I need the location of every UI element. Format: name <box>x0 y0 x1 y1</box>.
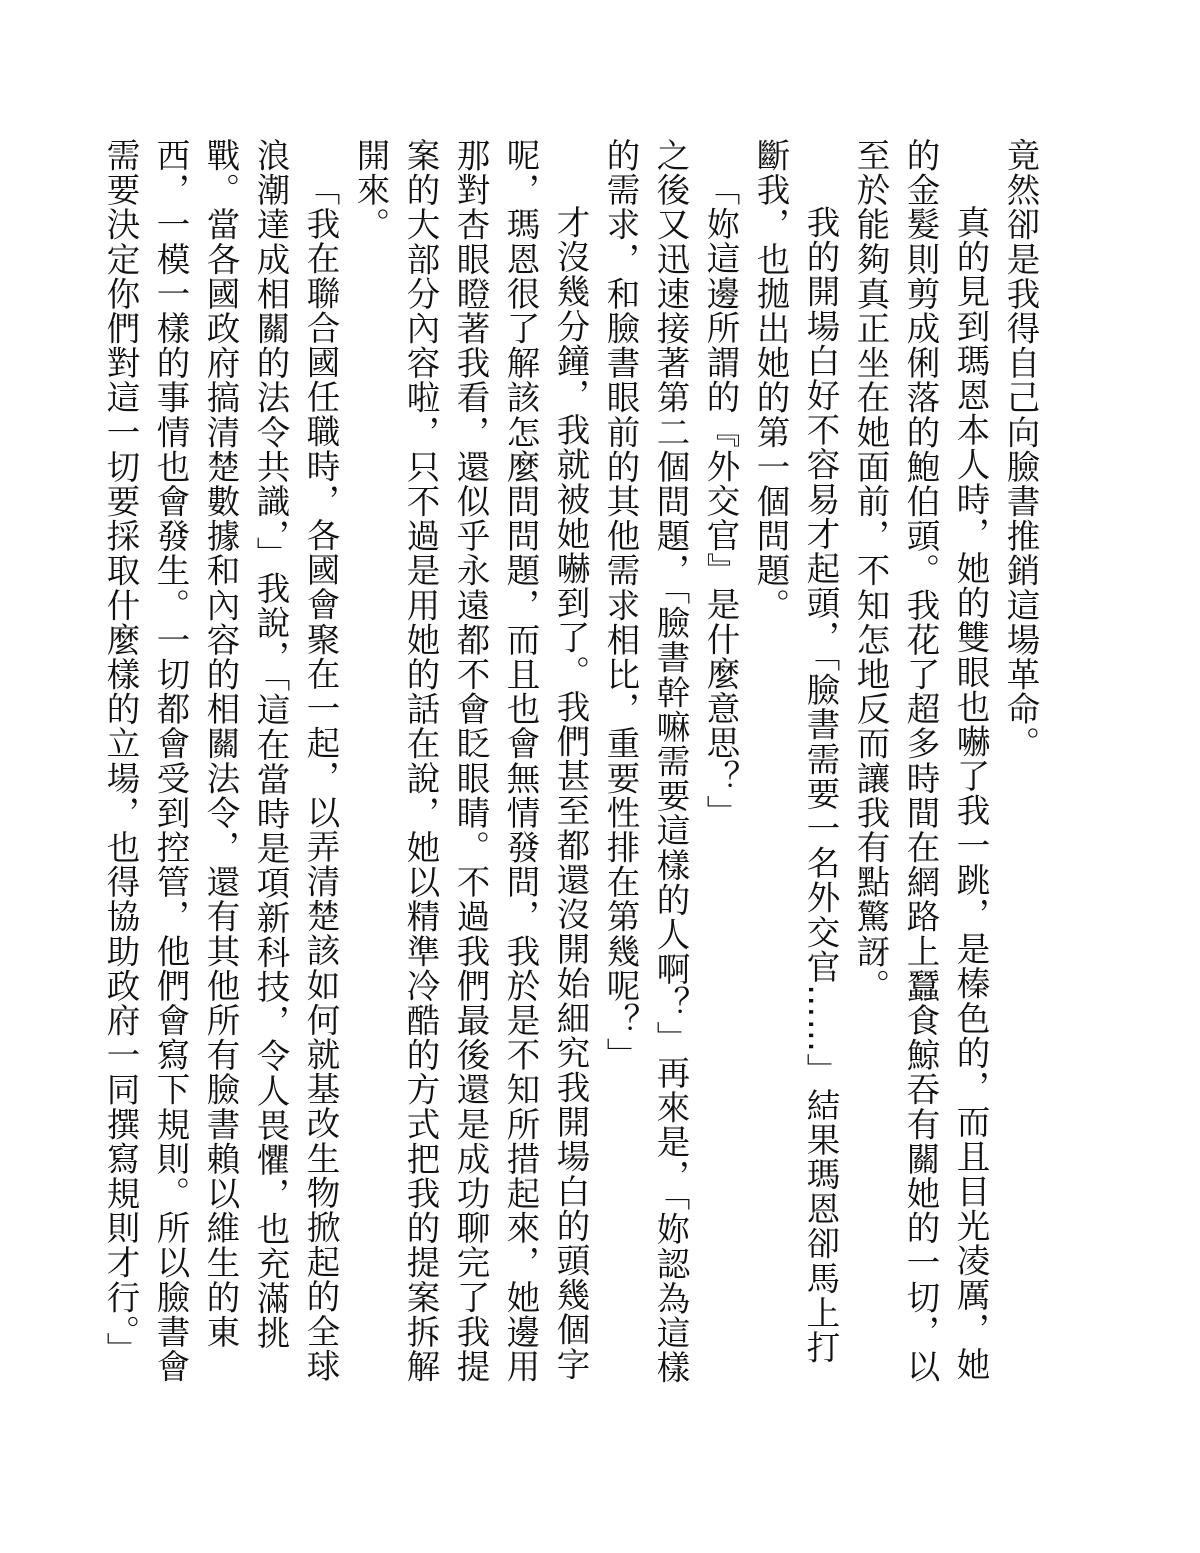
paragraph-2: 真的見到瑪恩本人時，她的雙眼也嚇了我一跳，是榛色的，而且目光凌厲，她的金髮則剪成… <box>845 138 995 1388</box>
paragraph-7-quote: 「我在聯合國任職時，各國會聚在一起，以弄清楚該如何就基改生物掀起的全球浪潮達成相… <box>95 138 345 1388</box>
paragraph-3: 我的開場白好不容易才起頭，「臉書需要一名外交官……」結果瑪恩卻馬上打斷我，也拋出… <box>745 138 845 1388</box>
paragraph-1: 竟然卻是我得自己向臉書推銷這場革命。 <box>995 138 1045 1388</box>
paragraph-4-quote: 「妳這邊所謂的『外交官』是什麼意思？」 <box>695 138 745 1388</box>
vertical-text-page: 竟然卻是我得自己向臉書推銷這場革命。 真的見到瑪恩本人時，她的雙眼也嚇了我一跳，… <box>160 138 1045 1388</box>
paragraph-5: 之後又迅速接著第二個問題，「臉書幹嘛需要這樣的人啊？」再來是，「妳認為這樣的需求… <box>595 138 695 1388</box>
paragraph-6: 才沒幾分鐘，我就被她嚇到了。我們甚至都還沒開始細究我開場白的頭幾個字呢，瑪恩很了… <box>345 138 595 1388</box>
